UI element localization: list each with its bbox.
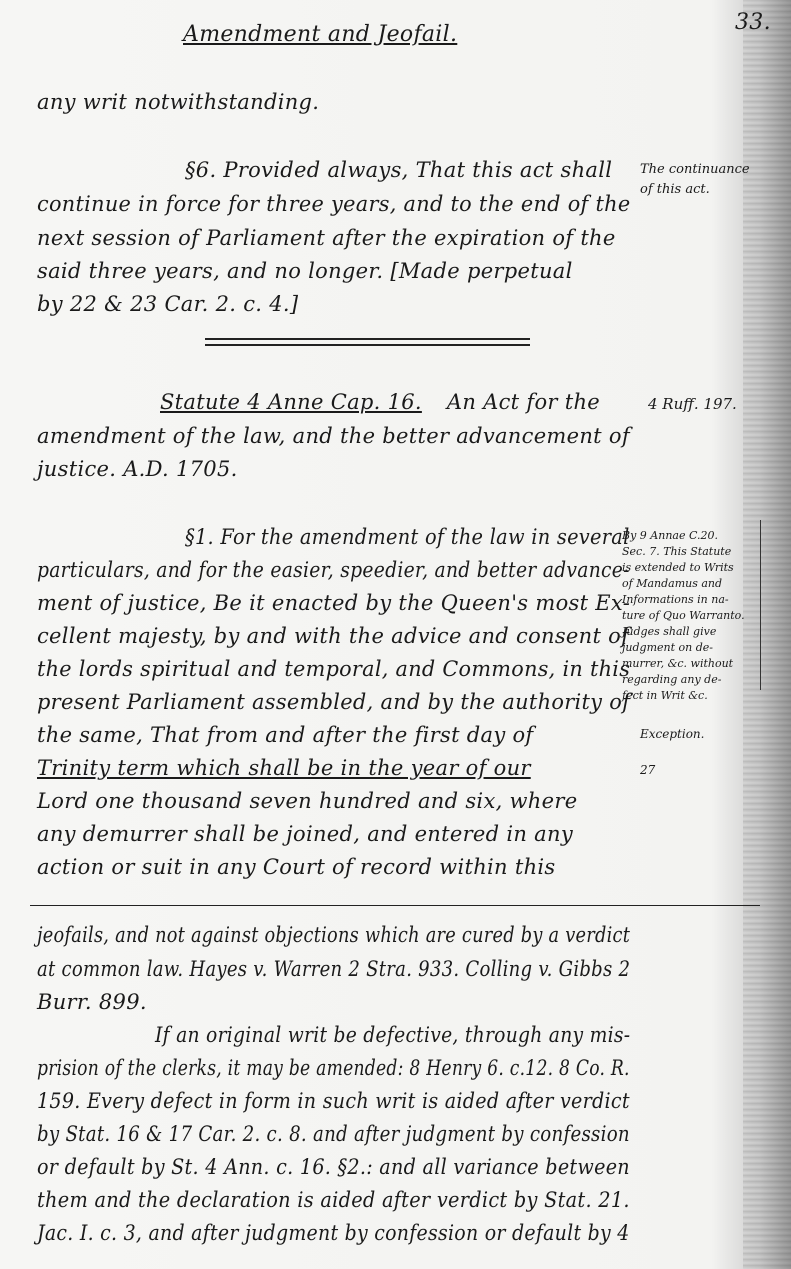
text-line: jeofails, and not against objections whi…: [37, 923, 630, 947]
text-line: by Stat. 16 & 17 Car. 2. c. 8. and after…: [37, 1122, 630, 1146]
text-line: present Parliament assembled, and by the…: [37, 690, 630, 714]
text-line: ment of justice, Be it enacted by the Qu…: [37, 591, 630, 615]
margin-note: The continuance of this act.: [640, 160, 750, 200]
text-line: §6. Provided always, That this act shall: [185, 158, 612, 182]
margin-number: 27: [640, 762, 655, 778]
margin-note-line: Sec. 7. This Statute: [622, 544, 745, 560]
margin-note-line: Informations in na-: [622, 592, 745, 608]
text-line: or default by St. 4 Ann. c. 16. §2.: and…: [37, 1155, 630, 1179]
scanned-page-edge: [743, 0, 791, 1269]
margin-note-line: fect in Writ &c.: [622, 688, 745, 704]
text-line: the lords spiritual and temporal, and Co…: [37, 657, 630, 681]
text-line: Trinity term which shall be in the year …: [37, 756, 531, 780]
text-line: justice. A.D. 1705.: [37, 457, 238, 481]
section-divider: [205, 344, 530, 346]
margin-note-line: ture of Quo Warranto.: [622, 608, 745, 624]
margin-note-line: judgment on de-: [622, 640, 745, 656]
text-line: action or suit in any Court of record wi…: [37, 855, 556, 879]
margin-note-line: is extended to Writs: [622, 560, 745, 576]
text-line: Burr. 899.: [37, 990, 147, 1014]
margin-note-line: By 9 Annae C.20.: [622, 528, 745, 544]
text-line: the same, That from and after the first …: [37, 723, 534, 747]
margin-reference: 4 Ruff. 197.: [648, 396, 737, 412]
margin-exception: Exception.: [640, 726, 704, 742]
text-line: by 22 & 23 Car. 2. c. 4.]: [37, 292, 298, 316]
margin-note-line: Judges shall give: [622, 624, 745, 640]
margin-note-line: of Mandamus and: [622, 576, 745, 592]
text-line: If an original writ be defective, throug…: [155, 1023, 630, 1047]
text-line: said three years, and no longer. [Made p…: [37, 259, 573, 283]
text-line: any writ notwithstanding.: [37, 90, 319, 114]
margin-bracket-line: [760, 520, 761, 690]
margin-note-line: regarding any de-: [622, 672, 745, 688]
text-line: Lord one thousand seven hundred and six,…: [37, 789, 577, 813]
margin-note: By 9 Annae C.20. Sec. 7. This Statute is…: [622, 528, 745, 704]
text-line: 159. Every defect in form in such writ i…: [37, 1089, 630, 1113]
text-line: Jac. I. c. 3, and after judgment by conf…: [37, 1221, 630, 1245]
text-line: next session of Parliament after the exp…: [37, 226, 616, 250]
text-line: prision of the clerks, it may be amended…: [37, 1056, 630, 1080]
text-line: at common law. Hayes v. Warren 2 Stra. 9…: [37, 957, 630, 981]
statute-title: Statute 4 Anne Cap. 16. An Act for the: [160, 390, 600, 414]
page-number: 33.: [735, 10, 771, 35]
text-line: particulars, and for the easier, speedie…: [37, 558, 630, 582]
page-header: Amendment and Jeofail.: [183, 22, 457, 47]
text-line: any demurrer shall be joined, and entere…: [37, 822, 573, 846]
margin-note-line: murrer, &c. without: [622, 656, 745, 672]
text-line: continue in force for three years, and t…: [37, 192, 630, 216]
manuscript-page: Amendment and Jeofail. 33. any writ notw…: [0, 0, 791, 1269]
text-line: §1. For the amendment of the law in seve…: [185, 525, 630, 549]
text-line: cellent majesty, by and with the advice …: [37, 624, 629, 648]
margin-note-line: The continuance: [640, 160, 750, 180]
text-line: amendment of the law, and the better adv…: [37, 424, 630, 448]
text-line: them and the declaration is aided after …: [37, 1188, 630, 1212]
section-divider: [205, 338, 530, 340]
page-break-line: [30, 905, 760, 906]
margin-note-line: of this act.: [640, 180, 750, 200]
